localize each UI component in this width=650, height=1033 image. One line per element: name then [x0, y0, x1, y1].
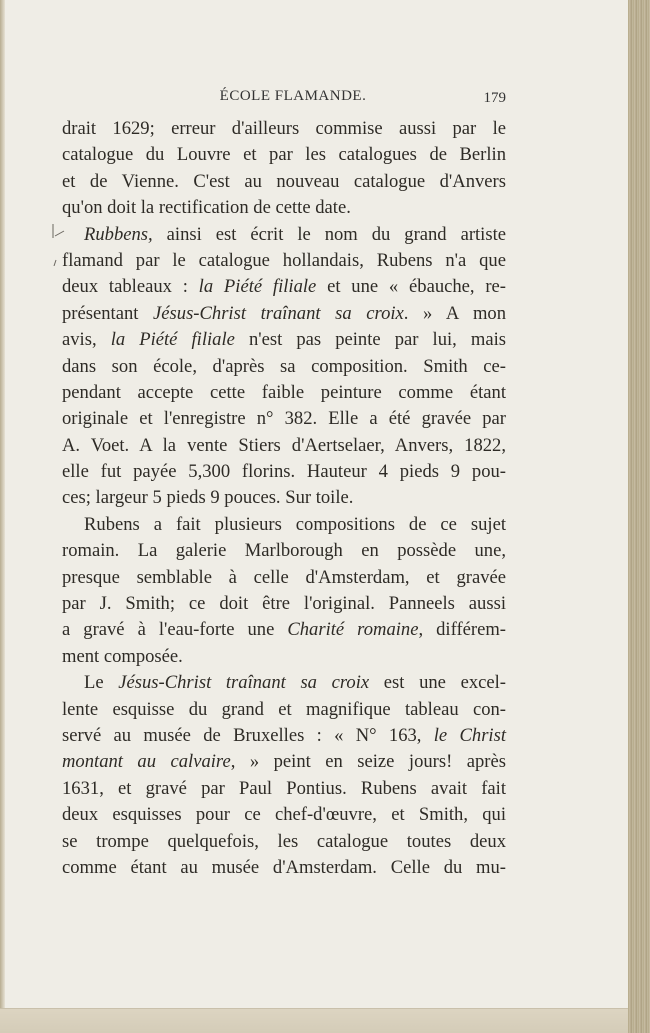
text-line: presque semblable à celle d'Amsterdam, e… — [62, 565, 506, 591]
text-line: par J. Smith; ce doit être l'original. P… — [62, 591, 506, 617]
text-line: a gravé à l'eau-forte une Charité romain… — [62, 617, 506, 643]
text-line: elle fut payée 5,300 florins. Hauteur 4 … — [62, 459, 506, 485]
body-text: drait 1629; erreur d'ailleurs commise au… — [62, 116, 506, 881]
text-line: deux esquisses pour ce chef-d'œuvre, et … — [62, 802, 506, 828]
text-line: Rubens a fait plusieurs compositions de … — [62, 512, 506, 538]
text-line: pendant accepte cette faible peinture co… — [62, 380, 506, 406]
page-gutter-shadow — [0, 0, 5, 1008]
text-line: originale et l'enregistre n° 382. Elle a… — [62, 406, 506, 432]
text-line: dans son école, d'après sa composition. … — [62, 354, 506, 380]
text-line: comme étant au musée d'Amsterdam. Celle … — [62, 855, 506, 881]
text-line: A. Voet. A la vente Stiers d'Aertselaer,… — [62, 433, 506, 459]
text-line: présentant Jésus-Christ traînant sa croi… — [62, 301, 506, 327]
book-page-stack-edge — [628, 0, 650, 1033]
text-line: ment composée. — [62, 644, 506, 670]
book-bottom-edge — [0, 1008, 650, 1033]
text-line: ces; largeur 5 pieds 9 pouces. Sur toile… — [62, 485, 506, 511]
page-number: 179 — [484, 90, 507, 107]
text-line: catalogue du Louvre et par les catalogue… — [62, 142, 506, 168]
paragraph-2: Rubbens, ainsi est écrit le nom du grand… — [62, 222, 506, 512]
text-line: flamand par le catalogue hollandais, Rub… — [62, 248, 506, 274]
text-line: lente esquisse du grand et magnifique ta… — [62, 697, 506, 723]
text-line: servé au musée de Bruxelles : « N° 163, … — [62, 723, 506, 749]
text-line: et de Vienne. C'est au nouveau catalogue… — [62, 169, 506, 195]
text-line: se trompe quelquefois, les catalogue tou… — [62, 829, 506, 855]
text-line: qu'on doit la rectification de cette dat… — [62, 195, 506, 221]
text-line: Rubbens, ainsi est écrit le nom du grand… — [62, 222, 506, 248]
text-line: Le Jésus-Christ traînant sa croix est un… — [62, 670, 506, 696]
text-line: drait 1629; erreur d'ailleurs commise au… — [62, 116, 506, 142]
running-head: ÉCOLE FLAMANDE. — [62, 88, 506, 105]
paragraph-1: drait 1629; erreur d'ailleurs commise au… — [62, 116, 506, 222]
text-line: avis, la Piété filiale n'est pas peinte … — [62, 327, 506, 353]
page-header: ÉCOLE FLAMANDE. 179 — [62, 88, 506, 110]
paragraph-4: Le Jésus-Christ traînant sa croix est un… — [62, 670, 506, 881]
text-line: 1631, et gravé par Paul Pontius. Rubens … — [62, 776, 506, 802]
text-line: deux tableaux : la Piété filiale et une … — [62, 274, 506, 300]
paragraph-3: Rubens a fait plusieurs compositions de … — [62, 512, 506, 670]
text-line: romain. La galerie Marlborough en possèd… — [62, 538, 506, 564]
text-line: montant au calvaire, » peint en seize jo… — [62, 749, 506, 775]
